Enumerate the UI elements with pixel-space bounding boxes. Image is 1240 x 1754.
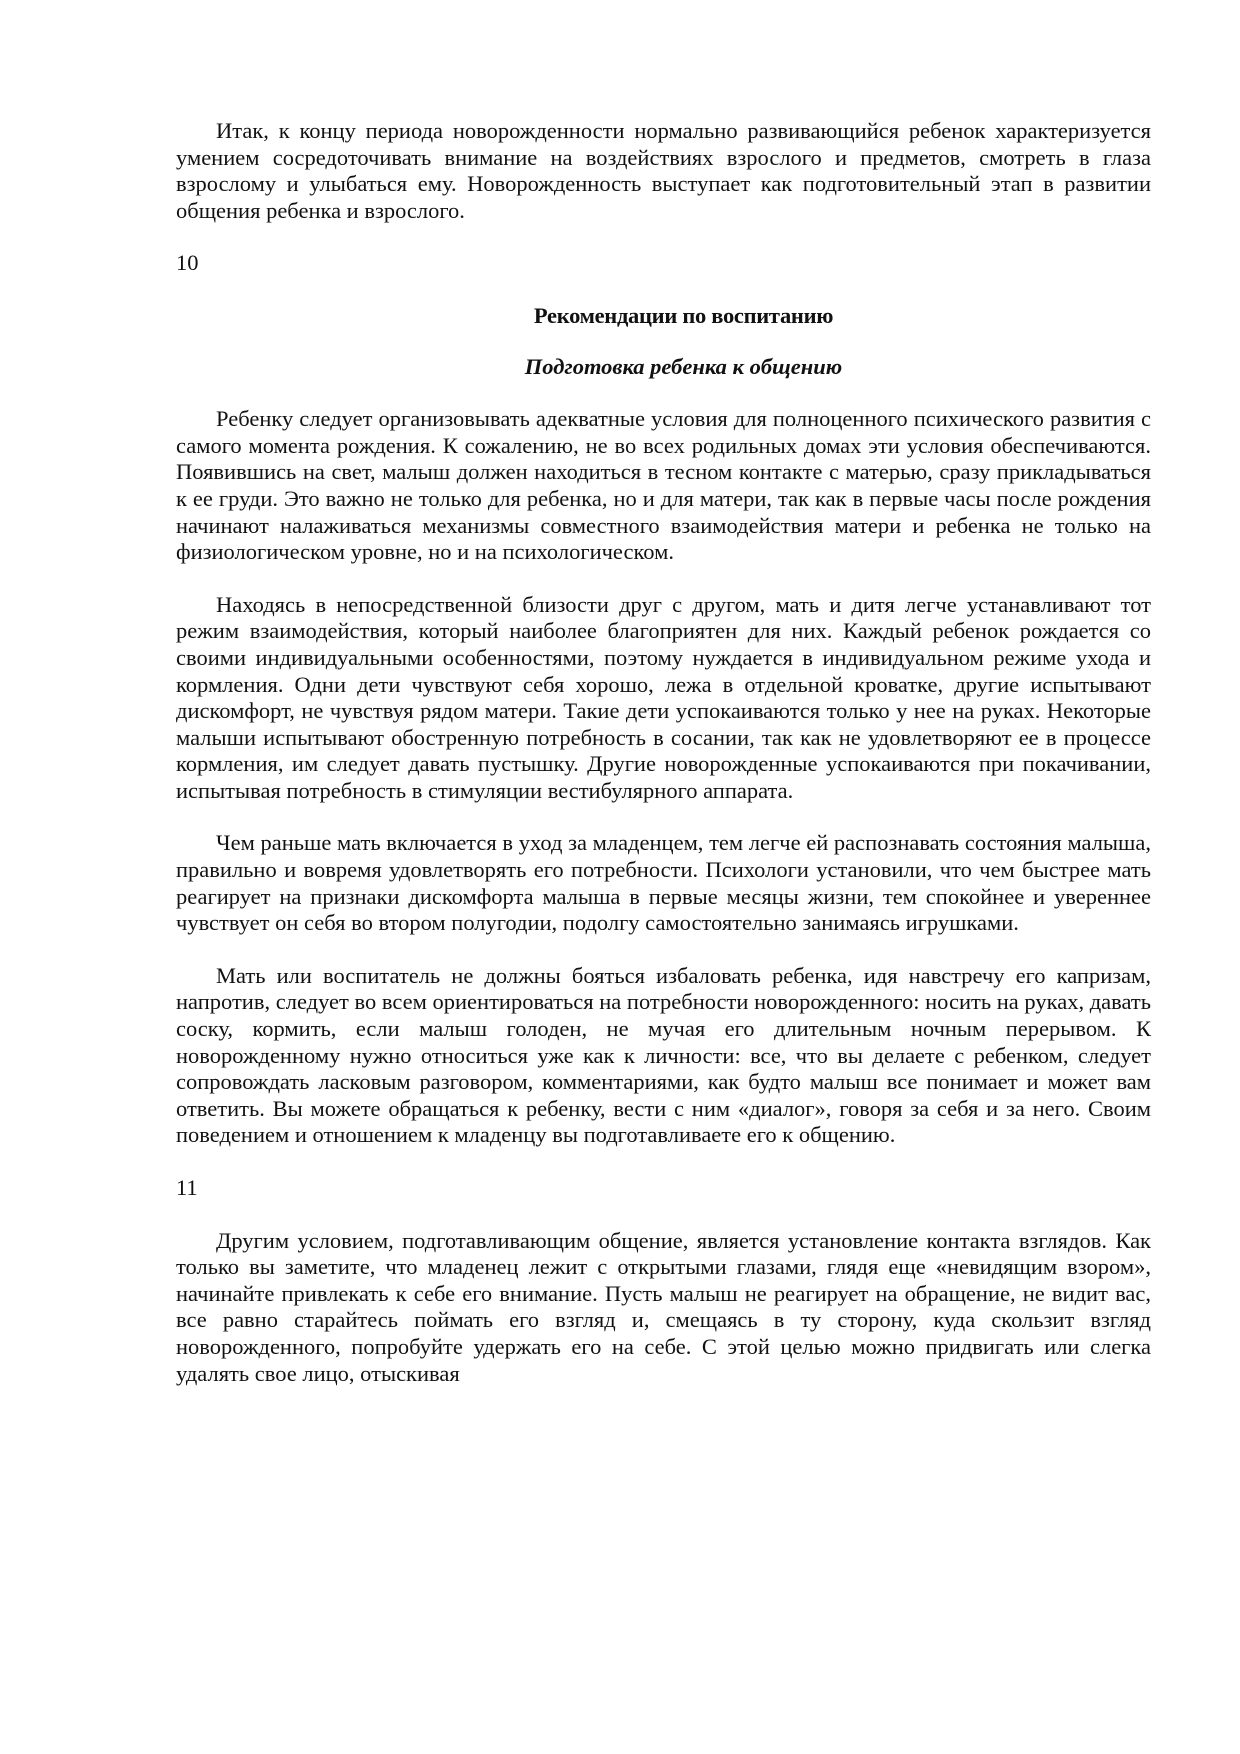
spacer xyxy=(176,330,1151,354)
subsection-heading: Подготовка ребенка к общению xyxy=(176,354,1151,381)
spacer xyxy=(176,937,1151,963)
paragraph-early-care: Чем раньше мать включается в уход за мла… xyxy=(176,830,1151,936)
document-page: Итак, к концу периода новорожденности но… xyxy=(176,118,1151,1387)
spacer xyxy=(176,1202,1151,1228)
paragraph-eye-contact: Другим условием, подготавливающим общени… xyxy=(176,1228,1151,1388)
spacer xyxy=(176,566,1151,592)
page-number-10: 10 xyxy=(176,250,1151,277)
paragraph-conditions: Ребенку следует организовывать адекватны… xyxy=(176,406,1151,566)
spacer xyxy=(176,224,1151,250)
spacer xyxy=(176,277,1151,303)
spacer xyxy=(176,1149,1151,1175)
spacer xyxy=(176,380,1151,406)
paragraph-proximity: Находясь в непосредственной близости дру… xyxy=(176,592,1151,805)
paragraph-spoiling: Мать или воспитатель не должны бояться и… xyxy=(176,963,1151,1149)
spacer xyxy=(176,804,1151,830)
page-number-11: 11 xyxy=(176,1175,1151,1202)
section-heading: Рекомендации по воспитанию xyxy=(176,303,1151,330)
paragraph-intro: Итак, к концу периода новорожденности но… xyxy=(176,118,1151,224)
